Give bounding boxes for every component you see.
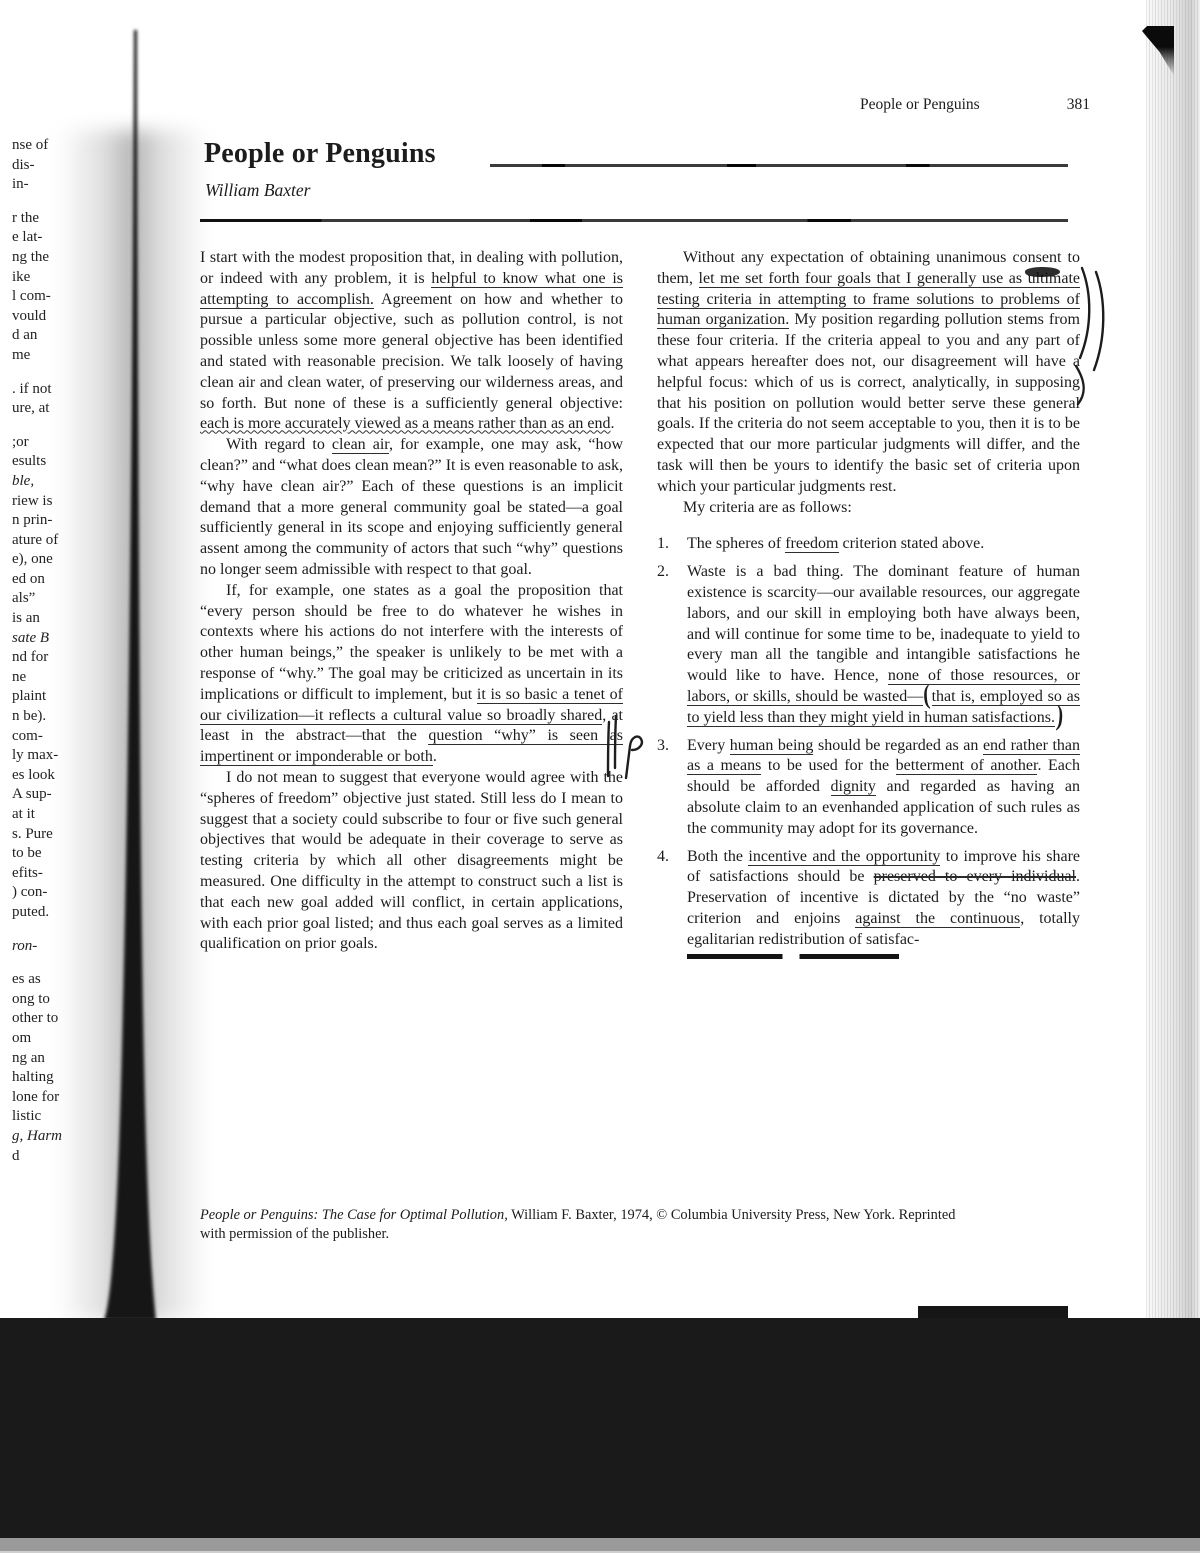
criteria-item: 3.Every human being should be regarded a… [657,736,1080,840]
adjacent-page-text-fragment: s. Pure [12,825,104,845]
adjacent-page-text-fragment: l com- [12,287,104,307]
text-run: With regard to [226,436,332,453]
text-run: , for example, one may ask, “how clean?”… [200,436,623,578]
running-head: People or Penguins 381 [860,96,1090,114]
text-run: to be used for the [761,757,895,774]
criteria-item-text: Both the incentive and the opportunity t… [687,847,1080,951]
adjacent-page-text-fragment: ike [12,268,104,288]
pencil-annotated-text: let me set forth four goals that I gener… [699,270,1028,288]
criteria-item: 1.The spheres of freedom criterion state… [657,534,1080,555]
pencil-margin-brackets-right-column [1072,266,1122,408]
paragraph-2: With regard to clean air, for example, o… [200,435,623,581]
scan-bottom-band [0,1318,1200,1538]
adjacent-page-text-fragment: ure, at [12,399,104,419]
adjacent-page-text-fragment: lone for [12,1088,104,1108]
criteria-item: 4.Both the incentive and the opportunity… [657,847,1080,951]
text-run: . [433,748,437,765]
adjacent-page-text-fragment: other to [12,1009,104,1029]
text-run: . [610,415,614,432]
adjacent-page-text-fragment: ed on [12,570,104,590]
criteria-intro: My criteria are as follows: [657,498,1080,519]
scan-bottom-strip [0,1538,1200,1551]
adjacent-page-text-fragment: is an [12,609,104,629]
adjacent-page-text-fragment: halting [12,1068,104,1088]
scanned-book-page: nse ofdis-in-r thee lat-ng theikel com-v… [0,0,1200,1553]
text-run: Every [687,737,730,754]
adjacent-page-text-fragment: n be). [12,707,104,727]
adjacent-page-text-fragment: ong to [12,990,104,1010]
adjacent-page-text-fragment: nse of [12,136,104,156]
adjacent-page-text-fragment: in- [12,175,104,195]
adjacent-page-text-fragment: d an [12,326,104,346]
criteria-item-number: 3. [657,736,687,840]
pencil-annotated-text: ) [1055,699,1064,737]
adjacent-page-text-fragment: d [12,1147,104,1167]
right-column: Without any expectation of obtaining una… [657,248,1080,959]
pencil-margin-mark-left-column [602,712,646,792]
adjacent-page-text-fragment: to be [12,844,104,864]
text-run: I do not mean to suggest that everyone w… [200,769,623,952]
adjacent-page-text-fragment: plaint [12,687,104,707]
pencil-annotated-text: clean air [332,436,389,454]
text-run: Waste is a bad thing. The dominant featu… [687,563,1080,684]
adjacent-page-text-fragment: sate B [12,629,104,649]
adjacent-page-text-fragment: com- [12,727,104,747]
adjacent-page-text-fragment: es look [12,766,104,786]
adjacent-page-text-fragment: om [12,1029,104,1049]
adjacent-page-text-fragment: nd for [12,648,104,668]
paragraph-4: I do not mean to suggest that everyone w… [200,768,623,955]
title-rule [490,164,1068,167]
text-run: should be regarded as an [813,737,983,754]
text-run: criterion stated above. [839,535,985,552]
adjacent-page-text-fragment: n prin- [12,511,104,531]
left-column: I start with the modest proposition that… [200,248,623,959]
criteria-item-text: The spheres of freedom criterion stated … [687,534,1080,555]
adjacent-page-text-fragment: me [12,346,104,366]
criteria-item-text: Every human being should be regarded as … [687,736,1080,840]
adjacent-page-text-fragment: ly max- [12,746,104,766]
adjacent-page-text-fragment: ;or [12,433,104,453]
article-title: People or Penguins [204,138,436,170]
adjacent-page-text-fragment: ng the [12,248,104,268]
adjacent-page-text-fragment: e lat- [12,228,104,248]
adjacent-page-text-fragment: at it [12,805,104,825]
adjacent-page-text-fragment: vould [12,307,104,327]
text-run: Both the [687,848,748,865]
adjacent-page-text-fragment: puted. [12,903,104,923]
pencil-annotated-text: betterment of another [896,757,1038,775]
adjacent-page-text-fragment: . if not [12,380,104,400]
adjacent-page-text-fragment: g, Harm [12,1127,104,1147]
adjacent-page-text-fragment: ng an [12,1049,104,1069]
criteria-item-number: 1. [657,534,687,555]
adjacent-page-text-fragment: r the [12,209,104,229]
text-run: The spheres of [687,535,785,552]
pencil-annotated-text: each is more accurately viewed as a mean… [200,415,610,432]
criteria-item-number: 2. [657,562,687,728]
page-edge-texture [1146,0,1200,1318]
text-run: My criteria are as follows: [683,499,852,516]
paragraph-3: If, for example, one states as a goal th… [200,581,623,768]
adjacent-page-text-fragment: dis- [12,156,104,176]
pencil-heavy-underline [687,954,899,959]
adjacent-page-text-fragment: ature of [12,531,104,551]
adjacent-page-text-fragment: efits- [12,864,104,884]
pencil-annotated-text: freedom [785,535,838,553]
pencil-annotated-text: against the continuous [855,910,1020,928]
paragraph-1: I start with the modest proposition that… [200,248,623,435]
pencil-annotated-text: dignity [831,778,876,796]
article-author: William Baxter [205,180,310,201]
body-columns: I start with the modest proposition that… [200,248,1080,959]
page-number: 381 [1067,96,1090,114]
adjacent-page-text-fragment: esults [12,452,104,472]
adjacent-page-text-fragment: e), one [12,550,104,570]
source-footnote: People or Penguins: The Case for Optimal… [200,1206,962,1243]
adjacent-page-text-fragment: als” [12,589,104,609]
adjacent-page-text-fragment: A sup- [12,785,104,805]
criteria-item: 2.Waste is a bad thing. The dominant fea… [657,562,1080,728]
adjacent-page-text-fragment: listic [12,1107,104,1127]
text-run: My position regarding pollution stems fr… [657,311,1080,494]
pencil-annotated-text: human being [730,737,814,755]
criteria-list: 1.The spheres of freedom criterion state… [657,534,1080,950]
criteria-item-number: 4. [657,847,687,951]
pencil-annotated-text: People or Penguins: The Case for Optimal… [200,1207,504,1223]
adjacent-page-text-fragment: ble, [12,472,104,492]
pencil-annotated-text: preserved to every individual [874,868,1076,885]
text-run: If, for example, one states as a goal th… [200,582,623,703]
adjacent-page-text-fragment: riew is [12,492,104,512]
header-rule [200,219,1068,222]
adjacent-page-text-fragment: ) con- [12,883,104,903]
pencil-annotated-text: incentive and the opportunity [748,848,940,866]
adjacent-page-fragments: nse ofdis-in-r thee lat-ng theikel com-v… [12,136,104,1166]
paragraph-intro-criteria: Without any expectation of obtaining una… [657,248,1080,498]
adjacent-page-text-fragment: ron- [12,937,104,957]
running-head-title: People or Penguins [860,96,1041,114]
adjacent-page-text-fragment: ne [12,668,104,688]
adjacent-page-text-fragment: es as [12,970,104,990]
criteria-item-text: Waste is a bad thing. The dominant featu… [687,562,1080,728]
